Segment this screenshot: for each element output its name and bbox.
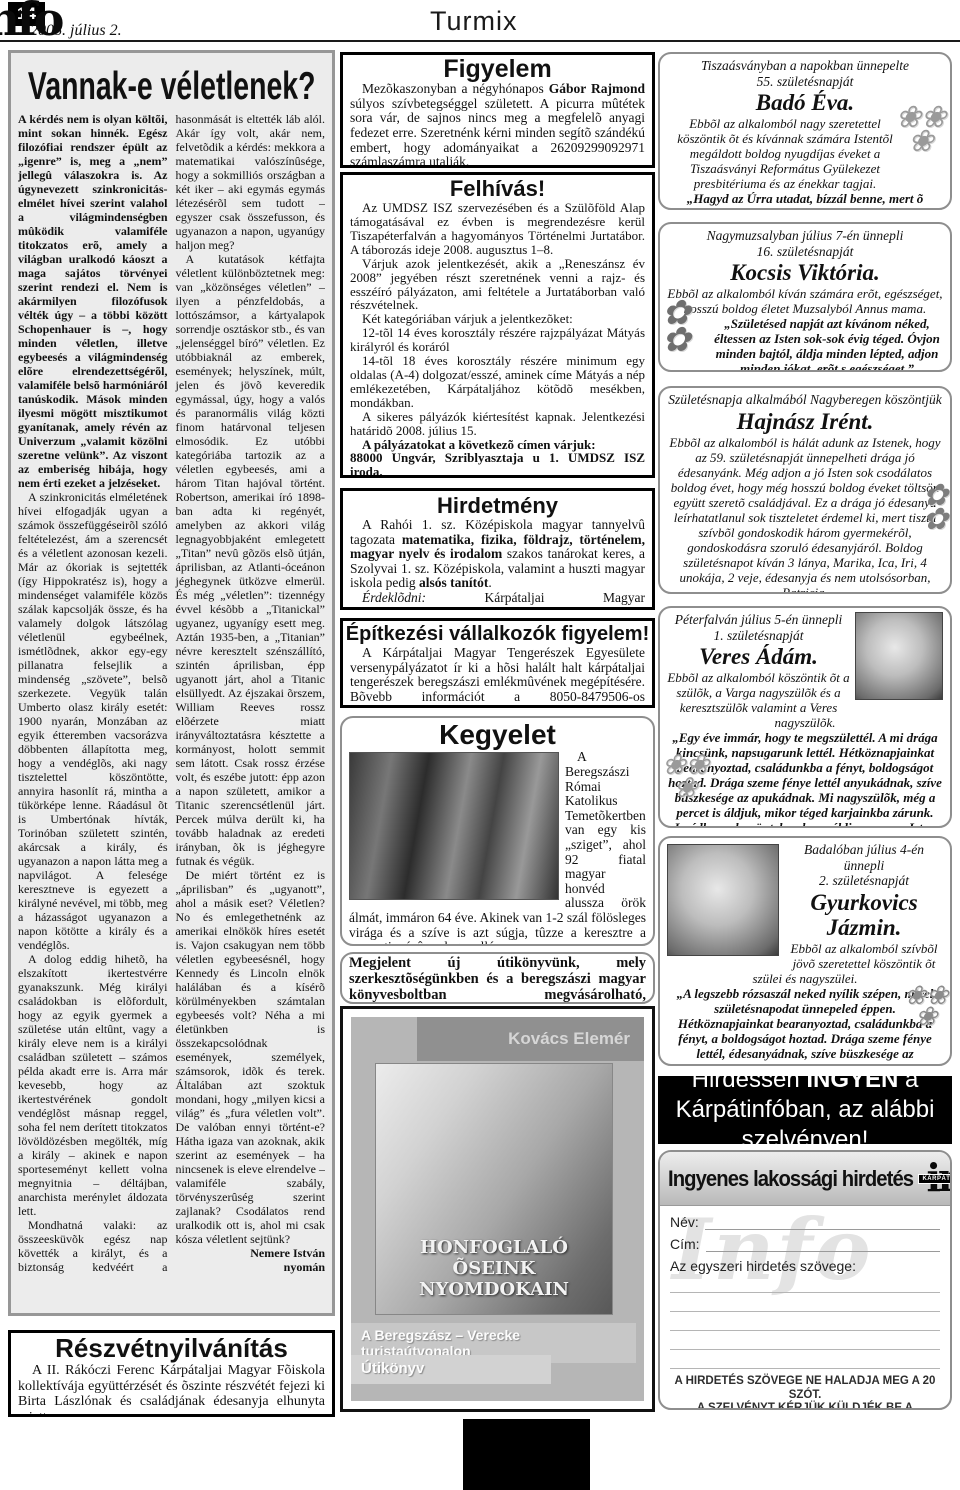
book-title: HONFOGLALÓ ÕSEINK NYOMDOKAIN	[376, 1237, 612, 1300]
hirdetmeny-body: A Rahói 1. sz. Középiskola magyar tannye…	[343, 518, 652, 610]
greeting-body: Ebbõl az alkalomból is hálát adunk az Is…	[667, 435, 943, 595]
greeting-name: Kocsis Viktória.	[667, 260, 943, 285]
book-author: Kovács Elemér	[417, 1017, 644, 1061]
free-ad-banner-text: Hirdessen INGYEN a Kárpátinfóban, az alá…	[658, 1065, 952, 1155]
greeting-name: Badó Éva.	[667, 90, 943, 115]
coupon-header: Ingyenes lakossági hirdetés CSALÁDI ÉS I…	[660, 1152, 950, 1206]
greeting-quote: „A legszebb rózsaszál neked nyílik szépe…	[667, 986, 943, 1067]
book-cover: Kovács Elemér HONFOGLALÓ ÕSEINK NYOMDOKA…	[351, 1017, 644, 1401]
greeting-veres-adam: Péterfalván július 5-én ünnepli 1. szüle…	[658, 606, 952, 828]
logo-badge: KÁRPÁT	[918, 1174, 952, 1184]
figyelem-child-name: Gábor Rajmond	[549, 81, 645, 96]
book-announcement-box: Megjelent új útikönyvünk, mely szerkeszt…	[340, 952, 655, 1004]
book-title-line2: NYOMDOKAIN	[376, 1279, 612, 1300]
hirdetmeny-paragraph: A Rahói 1. sz. Középiskola magyar tannye…	[350, 518, 645, 591]
greeting-quote-text: „Egy éve immár, hogy te megszülettél. A …	[668, 730, 942, 828]
felhivas-paragraph: Két kategóriában várjuk a jelentkezõket:	[350, 312, 645, 326]
banner-highlight: INGYEN	[806, 1066, 898, 1093]
greeting-intro: Tiszaásványban a napokban ünnepelte	[667, 58, 943, 74]
condolence-text: A II. Rákóczi Ferenc Kárpátaljai Magyar …	[18, 1363, 325, 1417]
greeting-body: Ebbõl az alkalomból kíván számára erõt, …	[667, 286, 943, 316]
toddler-photo	[667, 844, 779, 956]
greeting-quote-text: „A legszebb rózsaszál neked nyílik szépe…	[669, 986, 941, 1067]
greeting-hajnasz-irent: Születésnapja alkalmából Nagyberegen kös…	[658, 386, 952, 594]
greeting-gyurkovics-jazmin: Badalóban július 4-én ünnepli 2. születé…	[658, 836, 952, 1066]
felhivas-paragraph: Az UMDSZ ISZ szervezésében és a Szülõföl…	[350, 201, 645, 257]
epitkezesi-title: Építkezési vállalkozók figyelem!	[343, 624, 652, 645]
kegyelet-box: Kegyelet A Beregszászi Római Katolikus T…	[340, 716, 655, 946]
figyelem-body: Mezõkaszonyban a négyhónapos Gábor Rajmo…	[343, 82, 652, 168]
felhivas-paragraph: 12-tõl 14 éves korosztály részére rajzpá…	[350, 326, 645, 354]
greeting-quote: „Hagyd az Úrra utadat, bízzál benne, mer…	[667, 191, 943, 210]
figyelem-title: Figyelem	[343, 56, 652, 82]
greeting-intro: Nagymuzsalyban július 7-én ünnepli	[667, 228, 943, 244]
felhivas-paragraph: A pályázatokat a következõ címen várjuk:	[350, 438, 645, 452]
figyelem-paragraph: Mezõkaszonyban a négyhónapos Gábor Rajmo…	[350, 82, 645, 168]
condolence-title: Részvétnyilvánítás	[11, 1335, 332, 1362]
karpatinfo-logo: CSALÁDI ÉS IFJÚSÁGIHETILAP info KÁRPÁT	[926, 1162, 952, 1195]
ad-text-line[interactable]	[670, 1274, 940, 1293]
article-paragraph: A dolog eddig hihetõ, ha elszakított ike…	[18, 952, 168, 1218]
hirdetmeny-text: .	[488, 575, 491, 590]
coupon-title: Ingyenes lakossági hirdetés	[668, 1166, 913, 1192]
free-ad-coupon: Ingyenes lakossági hirdetés CSALÁDI ÉS I…	[658, 1150, 952, 1410]
book-title-line1: HONFOGLALÓ ÕSEINK	[376, 1237, 612, 1279]
hirdetmeny-contact-label: Érdeklõdni:	[362, 590, 426, 605]
section-title: Turmix	[430, 6, 518, 37]
hirdetmeny-contact: Érdeklõdni: Kárpátaljai Magyar Pedagógus…	[350, 591, 645, 610]
address-row: Cím:	[670, 1236, 940, 1252]
article-title-text: Vannak-e véletlenek?	[28, 65, 316, 110]
article-paragraph: A szinkronicitás elméletének hívei elfog…	[18, 490, 168, 952]
greeting-quote-text: „Hagyd az Úrra utadat, bízzál benne, mer…	[687, 191, 924, 210]
coupon-note-line: A SZELVÉNYT KÉRJÜK KÜLDJÉK BE A SZERKESZ…	[670, 1402, 940, 1410]
hirdetmeny-title: Hirdetmény	[343, 494, 652, 517]
coupon-fields: Név: Cím: Az egyszeri hirdetés szövege: …	[660, 1206, 950, 1410]
kegyelet-title: Kegyelet	[342, 720, 653, 749]
ad-text-line[interactable]	[670, 1350, 940, 1369]
ad-text-line[interactable]	[670, 1293, 940, 1312]
book-announcement-text: Megjelent új útikönyvünk, mely szerkeszt…	[342, 954, 653, 1004]
ad-text-line[interactable]	[670, 1331, 940, 1350]
greeting-quote: „Születésed napját azt kívánom néked, él…	[667, 316, 943, 372]
article-byline-suffix: nyomán	[176, 1260, 326, 1274]
name-input-line[interactable]	[705, 1215, 940, 1230]
ink-block	[463, 1419, 590, 1490]
epitkezesi-paragraph: A Kárpátaljai Magyar Tengerészek Egyesül…	[350, 646, 645, 708]
greeting-body: Ebbõl az alkalomból nagy szeretettel kös…	[667, 116, 943, 191]
felhivas-paragraph: A sikeres pályázók kiértesítést kapnak. …	[350, 410, 645, 438]
article-box: Vannak-e véletlenek? A kérdés nem is oly…	[8, 50, 335, 1316]
coupon-note: A HIRDETÉS SZÖVEGE NE HALADJA MEG A 20 S…	[670, 1375, 940, 1410]
article-paragraph: De miért történt ez is „áprilisban” és „…	[176, 868, 326, 1246]
karpatinfo-logo: info KÁRPÁT	[0, 0, 61, 39]
figyelem-box: Figyelem Mezõkaszonyban a négyhónapos Gá…	[340, 52, 655, 168]
greeting-bado-eva: Tiszaásványban a napokban ünnepelte 55. …	[658, 52, 952, 210]
address-input-line[interactable]	[706, 1237, 940, 1252]
felhivas-box: Felhívás! Az UMDSZ ISZ szervezésében és …	[340, 172, 655, 478]
condolence-body: A II. Rákóczi Ferenc Kárpátaljai Magyar …	[11, 1362, 332, 1417]
book-cover-box: Kovács Elemér HONFOGLALÓ ÕSEINK NYOMDOKA…	[340, 1006, 655, 1412]
name-row: Név:	[670, 1214, 940, 1230]
greeting-intro: 55. születésnapját	[667, 74, 943, 90]
figyelem-text: súlyos szívbetegséggel született. A picu…	[350, 96, 645, 168]
greeting-intro: 16. születésnapját	[667, 244, 943, 260]
article-body: A kérdés nem is olyan költõi, mint sokan…	[18, 112, 325, 1292]
condolence-box: Részvétnyilvánítás A II. Rákóczi Ferenc …	[8, 1330, 335, 1417]
kegyelet-body: A Beregszászi Római Katolikus Temetõkert…	[342, 750, 653, 946]
castle-photo: HONFOGLALÓ ÕSEINK NYOMDOKAIN	[375, 1063, 613, 1315]
hirdetmeny-position: alsós tanítót	[419, 575, 488, 590]
felhivas-body: Az UMDSZ ISZ szervezésében és a Szülõföl…	[343, 201, 652, 478]
baby-photo	[855, 612, 943, 700]
banner-text: Hirdessen	[692, 1066, 807, 1093]
greeting-name: Hajnász Irént.	[667, 409, 943, 434]
felhivas-paragraph: 14-tõl 18 éves korosztály részére minimu…	[350, 354, 645, 410]
greeting-intro: Születésnapja alkalmából Nagyberegen kös…	[667, 392, 943, 408]
name-label: Név:	[670, 1214, 699, 1230]
greeting-quote-ref: Zsolt.37:5	[817, 206, 873, 210]
hirdetmeny-box: Hirdetmény A Rahói 1. sz. Középiskola ma…	[340, 488, 655, 610]
figyelem-text: Mezõkaszonyban a négyhónapos	[362, 81, 549, 96]
article-paragraph: A kutatások kétfajta véletlent különbözt…	[176, 252, 326, 868]
greeting-quote-text: „Születésed napját azt kívánom néked, él…	[714, 316, 940, 372]
book-label: Útikönyv	[351, 1355, 551, 1384]
coupon-note-line: A HIRDETÉS SZÖVEGE NE HALADJA MEG A 20 S…	[670, 1375, 940, 1402]
ad-text-label: Az egyszeri hirdetés szövege:	[670, 1258, 940, 1274]
article-byline: Nemere István	[176, 1246, 326, 1260]
greeting-quote: „Egy éve immár, hogy te megszülettél. A …	[667, 730, 943, 828]
free-ad-banner: Hirdessen INGYEN a Kárpátinfóban, az alá…	[658, 1076, 952, 1144]
epitkezesi-box: Építkezési vállalkozók figyelem! A Kárpá…	[340, 618, 655, 708]
header-divider	[0, 40, 960, 42]
ad-text-line[interactable]	[670, 1312, 940, 1331]
felhivas-address: 88000 Ungvár, Szriblyasztaja u 1. UMDSZ …	[350, 451, 645, 478]
article-title: Vannak-e véletlenek?	[11, 65, 332, 98]
article-paragraph: A kérdés nem is olyan költõi, mint sokan…	[18, 112, 168, 490]
felhivas-title: Felhívás!	[343, 177, 652, 200]
cemetery-crosses-photo	[349, 752, 559, 900]
address-label: Cím:	[670, 1236, 700, 1252]
felhivas-paragraph: Várjuk azok jelentkezését, akik a „Renes…	[350, 257, 645, 313]
greeting-kocsis-viktoria: Nagymuzsalyban július 7-én ünnepli 16. s…	[658, 222, 952, 372]
epitkezesi-body: A Kárpátaljai Magyar Tengerészek Egyesül…	[343, 646, 652, 708]
